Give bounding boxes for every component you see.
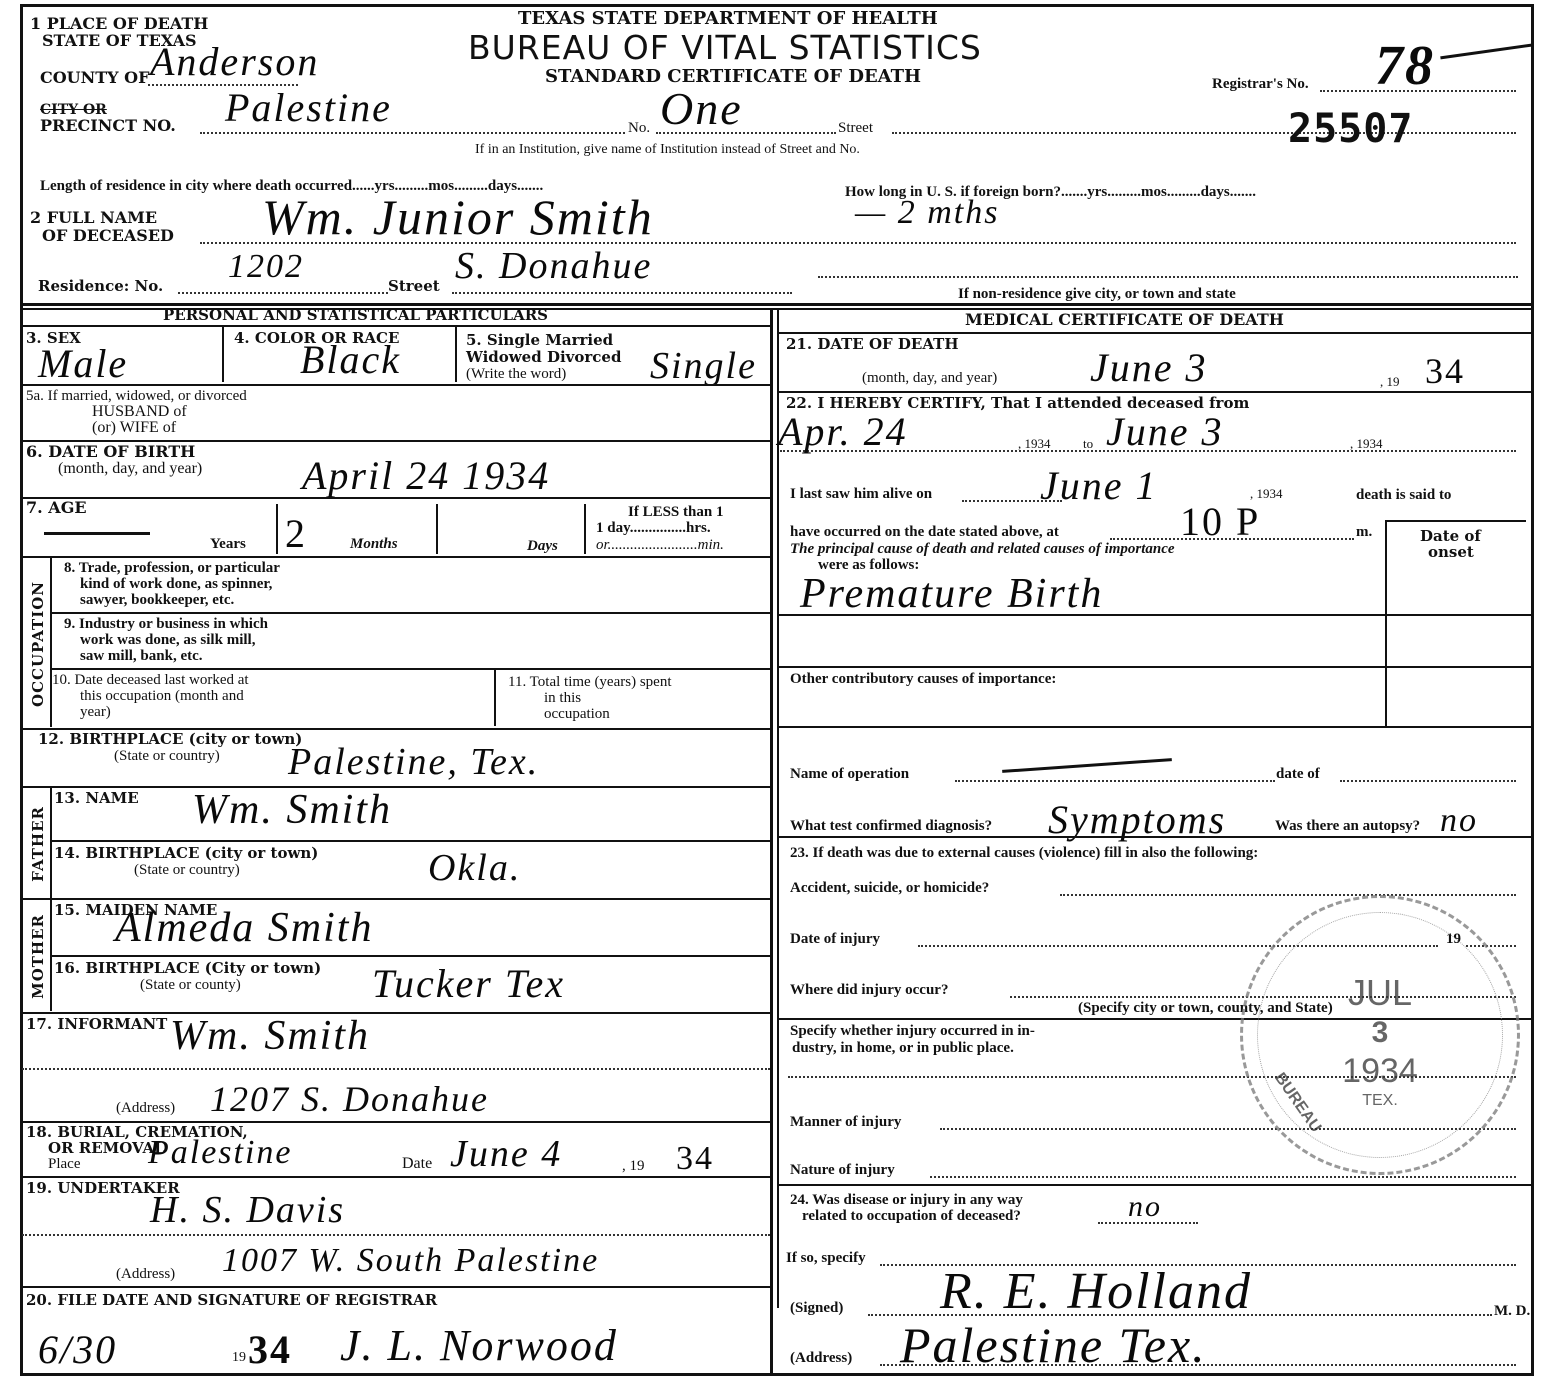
dod-label: 21. DATE OF DEATH	[786, 336, 959, 352]
informant-address-label: (Address)	[116, 1100, 175, 1116]
age-days-label: Days	[527, 538, 558, 554]
undertaker-address-value: 1007 W. South Palestine	[222, 1242, 599, 1280]
dod-year-value: 34	[1425, 350, 1465, 392]
injury-where-label: Where did injury occur?	[790, 982, 948, 998]
no-value: One	[660, 82, 743, 135]
father-side-label: FATHER	[29, 806, 47, 882]
registrar-no-value: 78	[1375, 34, 1435, 98]
spouse-label-1: 5a. If married, widowed, or divorced	[26, 388, 247, 404]
precinct-label: PRECINCT NO.	[40, 118, 176, 134]
precinct-value: Palestine	[225, 84, 392, 131]
injury-date-label: Date of injury	[790, 931, 880, 947]
birthplace-label-2: (State or country)	[114, 748, 220, 764]
physician-signature: R. E. Holland	[940, 1262, 1252, 1321]
registrar-year-value: 34	[248, 1326, 292, 1373]
md-label: M. D.	[1494, 1303, 1530, 1319]
total-time-label-3: occupation	[544, 706, 610, 722]
birthplace-value: Palestine, Tex.	[288, 740, 539, 784]
onset-label-2: onset	[1428, 544, 1474, 560]
of-deceased-label: OF DECEASED	[42, 228, 174, 244]
registrar-year-prefix: 19	[232, 1350, 246, 1366]
occupation-related-label-2: related to occupation of deceased?	[802, 1208, 1021, 1224]
burial-label-3: Place	[48, 1156, 80, 1172]
mother-birthplace-value: Tucker Tex	[372, 960, 565, 1007]
attended-from-value: Apr. 24	[778, 408, 908, 455]
burial-date-value: June 4	[450, 1132, 562, 1176]
less-than-label-1: If LESS than 1	[628, 504, 723, 520]
father-name-label: 13. NAME	[54, 790, 139, 806]
last-worked-label-2: this occupation (month and	[80, 688, 244, 704]
registrar-file-date: 6/30	[38, 1326, 117, 1373]
cause-label-1: The principal cause of death and related…	[790, 541, 1175, 557]
nature-label: Nature of injury	[790, 1162, 895, 1178]
mother-maiden-value: Almeda Smith	[115, 904, 373, 952]
other-causes-label: Other contributory causes of importance:	[790, 671, 1056, 687]
death-said-label: death is said to	[1356, 487, 1451, 503]
physician-address-value: Palestine Tex.	[900, 1316, 1207, 1374]
industry-label-2: work was done, as silk mill,	[80, 632, 255, 648]
injury-specify-2: dustry, in home, or in public place.	[792, 1040, 1014, 1056]
attended-to-label: to	[1083, 436, 1093, 452]
undertaker-address-label: (Address)	[116, 1266, 175, 1282]
dob-label-2: (month, day, and year)	[58, 461, 202, 477]
spouse-label-3: (or) WIFE of	[92, 420, 176, 436]
burial-place-value: Palestine	[148, 1134, 293, 1172]
occurred-label: have occurred on the date stated above, …	[790, 524, 1059, 540]
informant-address-value: 1207 S. Donahue	[210, 1078, 489, 1120]
dod-sub-label: (month, day, and year)	[862, 370, 997, 386]
last-worked-label-3: year)	[80, 704, 111, 720]
operation-label: Name of operation	[790, 766, 909, 782]
spouse-label-2: HUSBAND of	[92, 404, 187, 420]
burial-year-prefix: , 19	[622, 1158, 645, 1174]
industry-label-1: 9. Industry or business in which	[64, 616, 268, 632]
registrar-signature: J. L. Norwood	[340, 1320, 618, 1371]
autopsy-value: no	[1440, 802, 1478, 840]
age-label: 7. AGE	[26, 500, 87, 516]
birthplace-label-1: 12. BIRTHPLACE (city or town)	[38, 731, 302, 747]
stamp-day: 3	[1243, 1016, 1517, 1050]
mother-birthplace-label-1: 16. BIRTHPLACE (City or town)	[54, 960, 321, 976]
marital-label-3: (Write the word)	[466, 366, 566, 382]
received-stamp: JUL 3 1934 TEX. BUREAU	[1240, 895, 1520, 1175]
less-than-label-3: or........................min.	[596, 537, 724, 553]
no-label: No.	[628, 120, 650, 136]
occupation-related-label-1: 24. Was disease or injury in any way	[790, 1192, 1023, 1208]
residence-no-label: Residence: No.	[38, 278, 163, 294]
attended-to-year: , 1934	[1350, 436, 1383, 452]
bureau-title: BUREAU OF VITAL STATISTICS	[468, 28, 982, 67]
father-birthplace-label-1: 14. BIRTHPLACE (city or town)	[54, 845, 318, 861]
race-value: Black	[300, 336, 401, 383]
father-birthplace-label-2: (State or country)	[134, 862, 240, 878]
last-worked-label-1: 10. Date deceased last worked at	[52, 672, 249, 688]
dod-value: June 3	[1090, 344, 1208, 391]
if-so-label: If so, specify	[786, 1250, 866, 1266]
industry-label-3: saw mill, bank, etc.	[80, 648, 203, 664]
autopsy-label: Was there an autopsy?	[1275, 818, 1420, 834]
operation-date-label: date of	[1276, 766, 1320, 782]
residence-no-value: 1202	[228, 248, 304, 286]
county-value: Anderson	[150, 38, 319, 85]
attended-to-value: June 3	[1106, 408, 1224, 455]
last-saw-value: June 1	[1040, 462, 1158, 509]
undertaker-value: H. S. Davis	[150, 1188, 345, 1232]
residence-street-value: S. Donahue	[455, 244, 652, 288]
marital-label-2: Widowed Divorced	[466, 349, 621, 366]
physician-address-label: (Address)	[790, 1350, 852, 1366]
accident-label: Accident, suicide, or homicide?	[790, 880, 989, 896]
less-than-label-2: 1 day...............hrs.	[596, 520, 711, 536]
burial-date-label: Date	[402, 1156, 432, 1172]
trade-label-3: sawyer, bookkeeper, etc.	[80, 592, 234, 608]
street-label: Street	[838, 120, 873, 136]
county-label: COUNTY OF	[40, 70, 149, 86]
sex-value: Male	[38, 340, 128, 387]
mother-side-label: MOTHER	[29, 914, 47, 999]
mother-birthplace-label-2: (State or county)	[140, 977, 241, 993]
onset-label-1: Date of	[1420, 528, 1481, 544]
informant-label: 17. INFORMANT	[26, 1016, 167, 1032]
institution-note: If in an Institution, give name of Insti…	[475, 142, 860, 158]
dob-value: April 24 1934	[302, 452, 550, 499]
age-months-label: Months	[350, 536, 398, 552]
dept-title: TEXAS STATE DEPARTMENT OF HEALTH	[518, 8, 938, 29]
full-name-label: 2 FULL NAME	[30, 210, 157, 226]
age-years-dash	[44, 532, 150, 535]
informant-value: Wm. Smith	[170, 1012, 370, 1060]
burial-year-value: 34	[676, 1140, 714, 1178]
age-months-value: 2	[285, 510, 307, 557]
deceased-name-suffix: — 2 mths	[855, 194, 999, 232]
age-years-label: Years	[210, 536, 246, 552]
occurred-time: 10 P	[1180, 498, 1260, 545]
total-time-label-1: 11. Total time (years) spent	[508, 674, 672, 690]
test-label: What test confirmed diagnosis?	[790, 818, 992, 834]
registrar-no-label: Registrar's No.	[1212, 76, 1309, 92]
dob-label-1: 6. DATE OF BIRTH	[26, 444, 195, 460]
attended-from-year: , 1934	[1018, 436, 1051, 452]
signed-label: (Signed)	[790, 1300, 843, 1316]
last-saw-label: I last saw him alive on	[790, 486, 932, 502]
manner-label: Manner of injury	[790, 1114, 901, 1130]
medical-section-title: MEDICAL CERTIFICATE OF DEATH	[965, 312, 1284, 328]
trade-label-1: 8. Trade, profession, or particular	[64, 560, 280, 576]
personal-section-title: PERSONAL AND STATISTICAL PARTICULARS	[163, 307, 548, 323]
nonresidence-note: If non-residence give city, or town and …	[958, 286, 1236, 302]
place-of-death-label: 1 PLACE OF DEATH	[30, 16, 208, 32]
registrar-signature-label: 20. FILE DATE AND SIGNATURE OF REGISTRAR	[26, 1292, 437, 1308]
marital-value: Single	[650, 344, 757, 388]
trade-label-2: kind of work done, as spinner,	[80, 576, 272, 592]
marital-label-1: 5. Single Married	[466, 332, 613, 349]
residence-street-label: Street	[388, 278, 440, 294]
deceased-name-value: Wm. Junior Smith	[262, 188, 654, 246]
file-number: 25507	[1288, 106, 1413, 152]
occurred-suffix: m.	[1356, 524, 1372, 540]
father-birthplace-value: Okla.	[428, 846, 521, 890]
total-time-label-2: in this	[544, 690, 581, 706]
occupation-related-value: no	[1128, 1190, 1162, 1224]
stamp-month: JUL	[1243, 972, 1517, 1014]
external-causes-label: 23. If death was due to external causes …	[790, 845, 1258, 861]
injury-specify-1: Specify whether injury occurred in in-	[790, 1023, 1035, 1039]
cause-value: Premature Birth	[800, 570, 1103, 618]
occupation-side-label: OCCUPATION	[29, 581, 47, 707]
father-name-value: Wm. Smith	[192, 786, 392, 834]
dod-year-prefix: , 19	[1380, 374, 1400, 390]
